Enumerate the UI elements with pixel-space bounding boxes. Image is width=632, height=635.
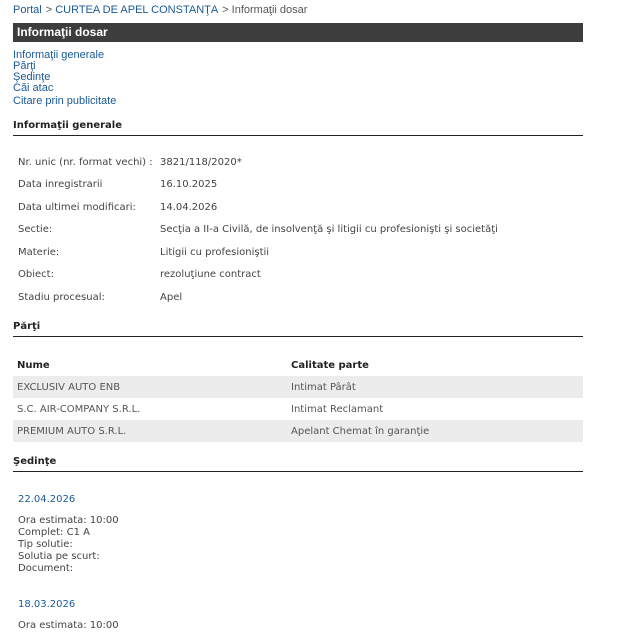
info-value: 16.10.2025 <box>160 179 217 190</box>
section-nav: Informaţii generale Părţi Şedinţe Căi at… <box>13 50 116 107</box>
column-header-calitate: Calitate parte <box>287 354 583 376</box>
party-role: Intimat Reclamant <box>287 398 583 420</box>
info-label: Stadiu procesual: <box>18 292 105 303</box>
section-title-informatii-generale: Informaţii generale <box>13 120 583 136</box>
info-label: Nr. unic (nr. format vechi) : <box>18 157 153 168</box>
breadcrumb-separator: > <box>46 4 52 16</box>
breadcrumb: Portal>CURTEA DE APEL CONSTANŢA>Informaţ… <box>13 4 307 16</box>
party-role: Intimat Pârât <box>287 376 583 398</box>
breadcrumb-portal[interactable]: Portal <box>13 4 42 16</box>
info-value: Litigii cu profesioniştii <box>160 247 269 258</box>
nav-cai-atac[interactable]: Căi atac <box>13 83 116 94</box>
party-name: PREMIUM AUTO S.R.L. <box>13 420 287 442</box>
sedinta-ora: Ora estimata: 10:00 <box>18 515 119 527</box>
info-value: 3821/118/2020* <box>160 157 242 168</box>
sedinta-date: 18.03.2026 <box>18 599 119 610</box>
sedinta-item: 18.03.2026 Ora estimata: 10:00 <box>18 599 119 632</box>
party-role: Apelant Chemat în garanţie <box>287 420 583 442</box>
sedinta-ora: Ora estimata: 10:00 <box>18 620 119 632</box>
column-header-nume: Nume <box>13 354 287 376</box>
section-title-parti: Părţi <box>13 321 583 337</box>
breadcrumb-current: Informaţii dosar <box>232 4 308 16</box>
info-value: Apel <box>160 292 182 303</box>
sedinta-document: Document: <box>18 563 119 575</box>
table-row: PREMIUM AUTO S.R.L. Apelant Chemat în ga… <box>13 420 583 442</box>
table-row: EXCLUSIV AUTO ENB Intimat Pârât <box>13 376 583 398</box>
sedinta-solutie-scurt: Solutia pe scurt: <box>18 551 119 563</box>
sedinta-item: 22.04.2026 Ora estimata: 10:00 Complet: … <box>18 494 119 575</box>
nav-citare-publicitate[interactable]: Citare prin publicitate <box>13 96 116 107</box>
breadcrumb-court[interactable]: CURTEA DE APEL CONSTANŢA <box>55 4 218 16</box>
page-title: Informaţii dosar <box>13 23 583 42</box>
party-name: S.C. AIR-COMPANY S.R.L. <box>13 398 287 420</box>
info-value: Secţia a II-a Civilă, de insolvenţă şi l… <box>160 224 498 235</box>
info-label: Data inregistrarii <box>18 179 102 190</box>
sedinta-complet: Complet: C1 A <box>18 527 119 539</box>
table-row: S.C. AIR-COMPANY S.R.L. Intimat Reclaman… <box>13 398 583 420</box>
party-name: EXCLUSIV AUTO ENB <box>13 376 287 398</box>
info-label: Sectie: <box>18 224 52 235</box>
section-title-sedinte: Şedinţe <box>13 456 583 472</box>
sedinta-date: 22.04.2026 <box>18 494 119 505</box>
sedinta-tip-solutie: Tip solutie: <box>18 539 119 551</box>
info-label: Data ultimei modificari: <box>18 202 136 213</box>
parti-table: Nume Calitate parte EXCLUSIV AUTO ENB In… <box>13 354 583 442</box>
info-label: Materie: <box>18 247 59 258</box>
info-value: rezoluţiune contract <box>160 269 261 280</box>
info-label: Obiect: <box>18 269 54 280</box>
info-value: 14.04.2026 <box>160 202 217 213</box>
breadcrumb-separator: > <box>222 4 228 16</box>
